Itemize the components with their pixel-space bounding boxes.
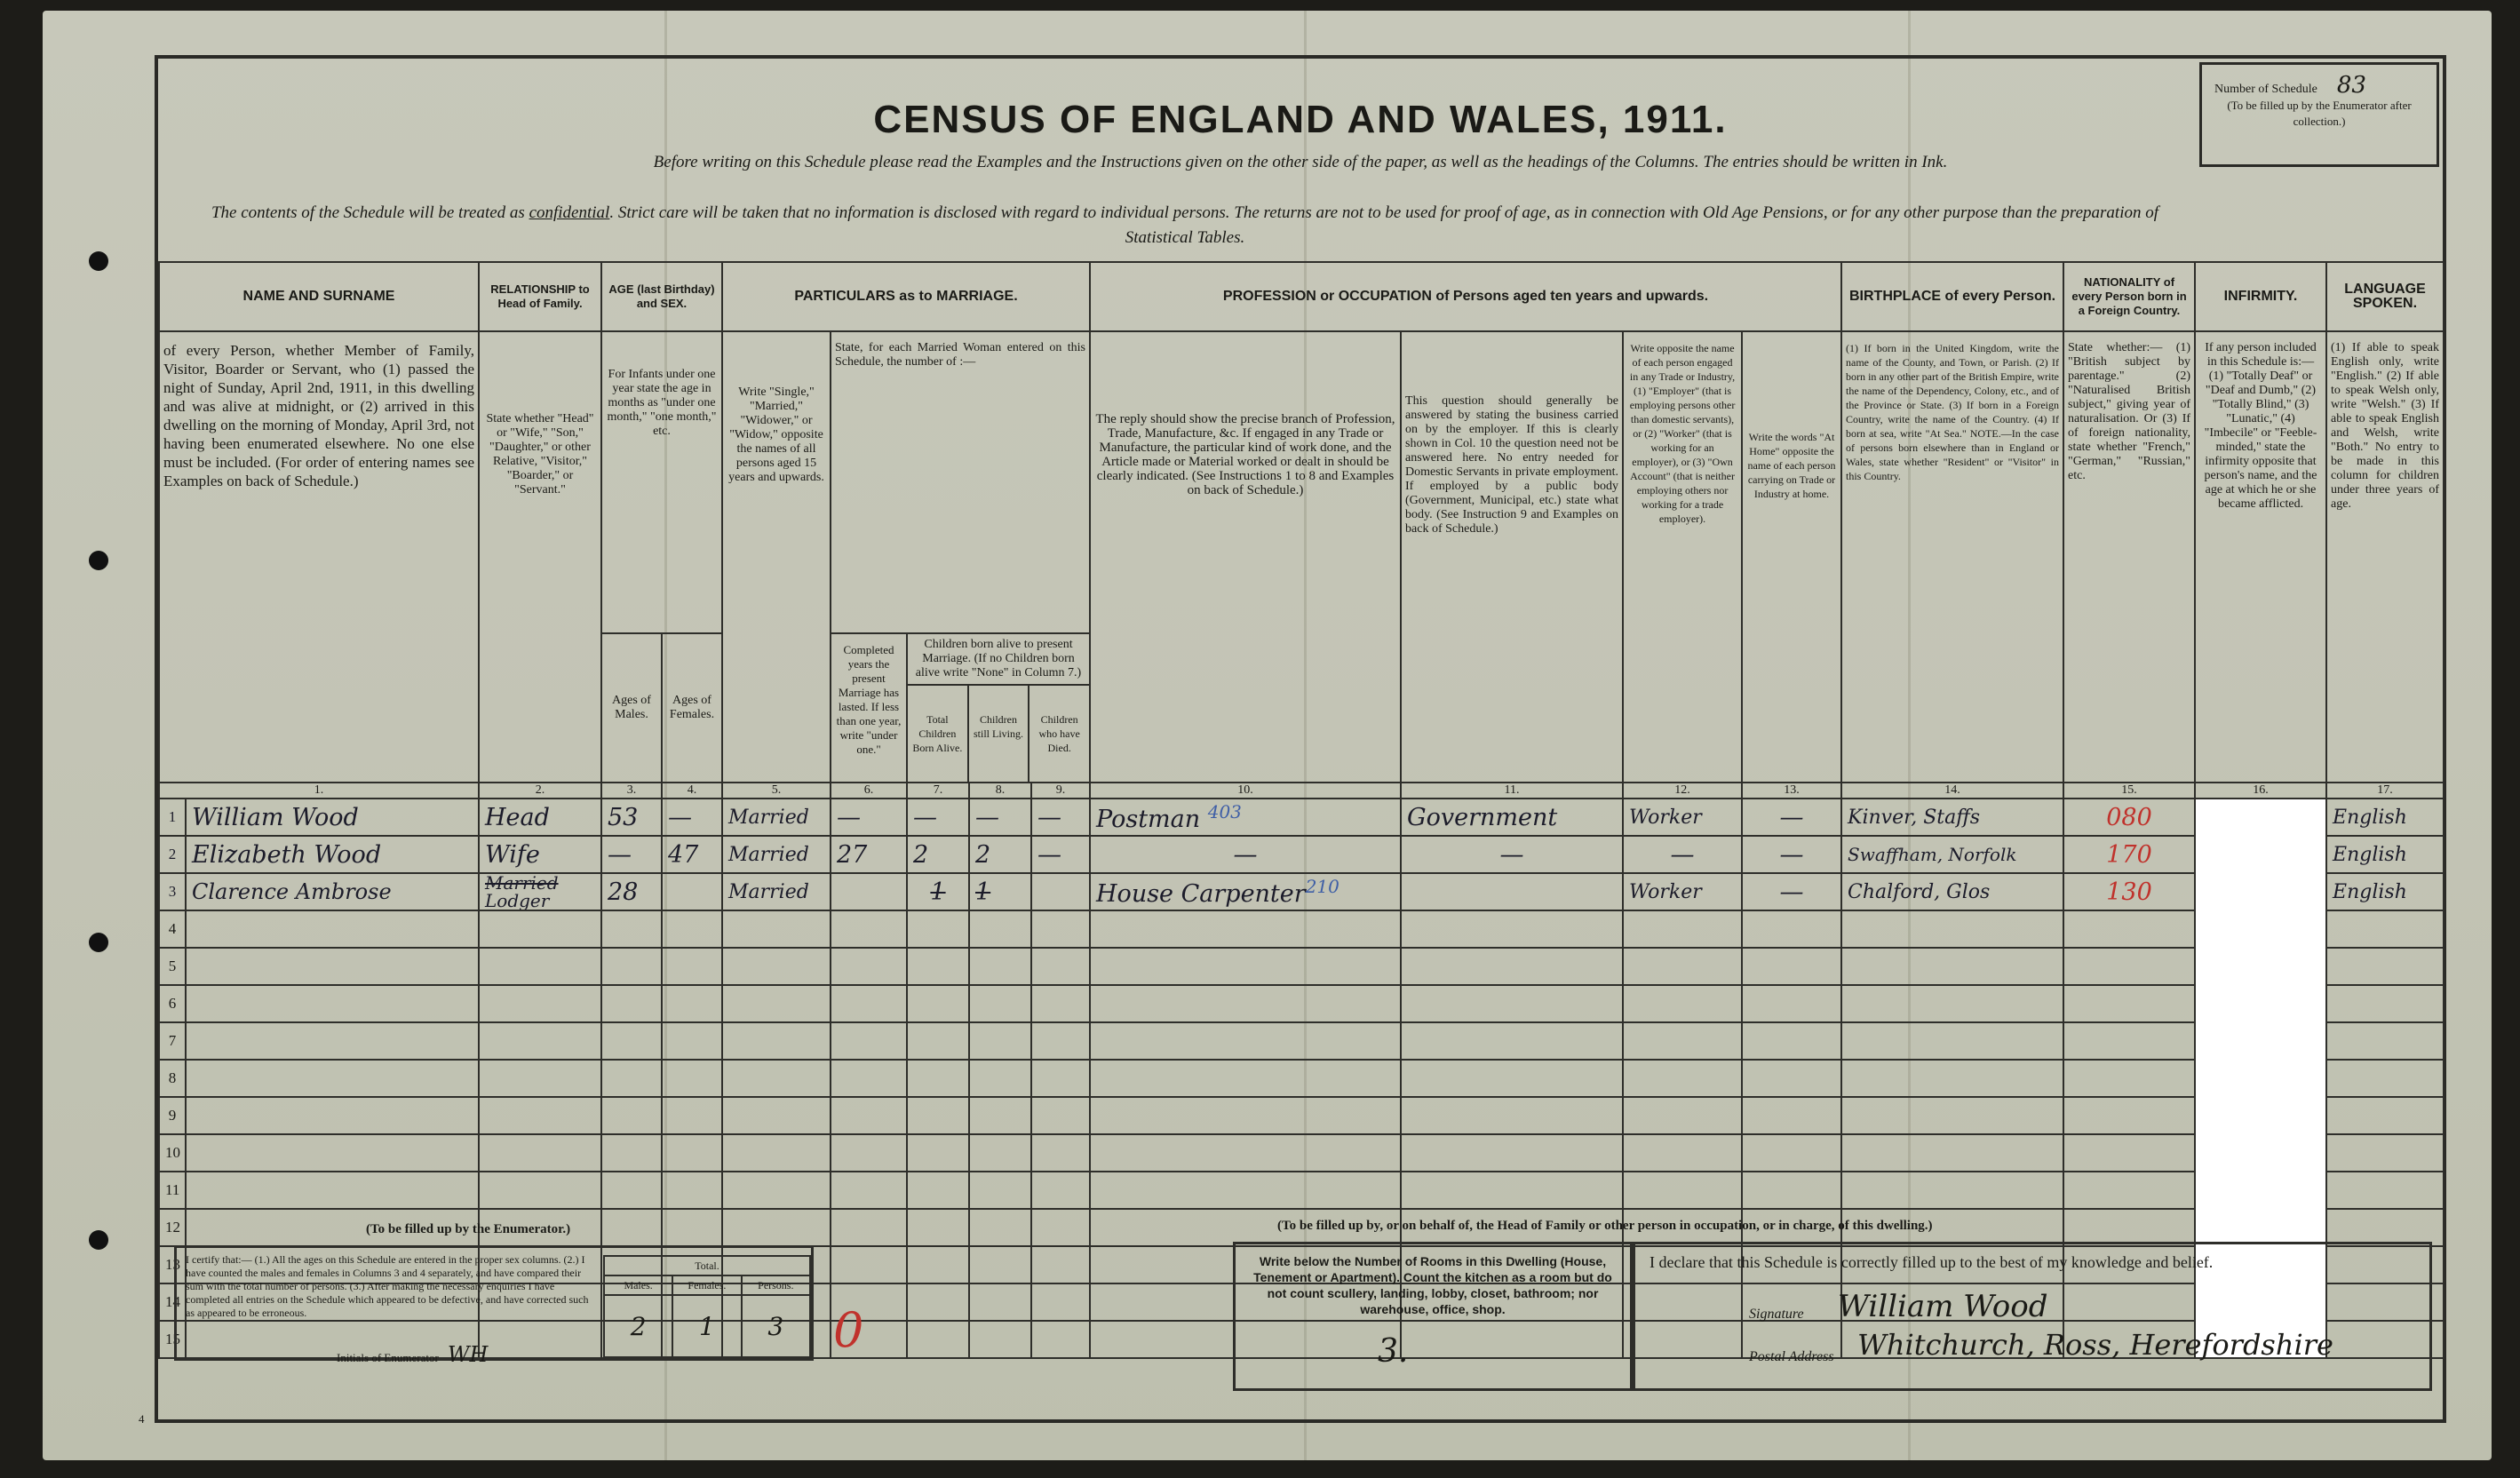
occupation: House Carpenter210 — [1090, 873, 1401, 910]
relationship: Head — [479, 799, 601, 836]
desc-age-females: Ages of Females. — [662, 633, 722, 783]
employment-status: Worker — [1623, 873, 1742, 910]
desc-marriage-years: Completed years the present Marriage has… — [831, 633, 907, 783]
relationship: MarriedLodger — [479, 873, 601, 910]
children-died — [1031, 873, 1090, 910]
marital-status: Married — [722, 799, 831, 836]
males-count: 2 — [604, 1295, 672, 1357]
desc-employer: Write opposite the name of each person e… — [1623, 331, 1742, 783]
industry: — — [1401, 836, 1623, 873]
row-number: 1 — [159, 799, 186, 836]
marital-status: Married — [722, 836, 831, 873]
males-label: Males. — [604, 1275, 672, 1295]
page-title: CENSUS OF ENGLAND AND WALES, 1911. — [158, 98, 2443, 142]
row-number: 3 — [159, 873, 186, 910]
person-name: Clarence Ambrose — [186, 873, 479, 910]
punch-hole — [89, 551, 108, 570]
children-born: 2 — [907, 836, 969, 873]
occupation-code: 403 — [1208, 801, 1242, 822]
column-number: 15. — [2063, 783, 2195, 799]
table-row: 2 Elizabeth Wood Wife — 47 Married 27 2 … — [159, 836, 2444, 873]
rooms-box: Write below the Number of Rooms in this … — [1233, 1242, 1633, 1391]
nationality-code: 130 — [2063, 873, 2195, 910]
table-row: 1 William Wood Head 53 — Married — — — —… — [159, 799, 2444, 836]
census-table: NAME AND SURNAME RELATIONSHIP to Head of… — [158, 261, 2444, 1359]
row-number: 8 — [159, 1060, 186, 1097]
group-infirmity: INFIRMITY. — [2195, 262, 2326, 331]
schedule-label: Number of Schedule — [2214, 83, 2317, 96]
total-label: Total. — [604, 1256, 810, 1275]
marriage-years: 27 — [831, 836, 907, 873]
schedule-note: (To be filled up by the Enumerator after… — [2214, 98, 2424, 130]
rooms-count: 3. — [1378, 1344, 1408, 1360]
row-number: 5 — [159, 948, 186, 985]
table-row: 6 — [159, 985, 2444, 1022]
row-number: 9 — [159, 1097, 186, 1134]
industry — [1401, 873, 1623, 910]
initials-label: Initials of Enumerator — [337, 1351, 439, 1364]
column-number: 14. — [1841, 783, 2063, 799]
table-row: 8 — [159, 1060, 2444, 1097]
group-profession: PROFESSION or OCCUPATION of Persons aged… — [1090, 262, 1841, 331]
occupation: Postman 403 — [1090, 799, 1401, 836]
column-number: 12. — [1623, 783, 1742, 799]
age-female: 47 — [662, 836, 722, 873]
group-relationship: RELATIONSHIP to Head of Family. — [479, 262, 601, 331]
desc-industry: This question should generally be answer… — [1401, 331, 1623, 783]
marriage-years — [831, 873, 907, 910]
desc-nationality: State whether:— (1) "British subject by … — [2063, 331, 2195, 783]
age-male: — — [601, 836, 662, 873]
persons-label: Persons. — [742, 1275, 810, 1295]
children-living: 2 — [969, 836, 1031, 873]
group-name: NAME AND SURNAME — [159, 262, 479, 331]
birthplace: Chalford, Glos — [1841, 873, 2063, 910]
initials-value: WH — [448, 1342, 489, 1367]
signature-value: William Wood — [1838, 1289, 2048, 1324]
declaration-box: I declare that this Schedule is correctl… — [1633, 1242, 2432, 1391]
address-label: Postal Address — [1749, 1349, 1834, 1365]
column-number: 6. — [831, 783, 907, 799]
industry: Government — [1401, 799, 1623, 836]
desc-children: Children born alive to present Marriage.… — [907, 633, 1090, 783]
desc-birthplace: (1) If born in the United Kingdom, write… — [1841, 331, 2063, 783]
person-name: William Wood — [186, 799, 479, 836]
children-born: — — [907, 799, 969, 836]
column-number: 9. — [1031, 783, 1090, 799]
desc-home: Write the words "At Home" opposite the n… — [1742, 331, 1841, 783]
occupation-text: — — [1234, 841, 1258, 869]
nationality-code: 170 — [2063, 836, 2195, 873]
age-female — [662, 873, 722, 910]
schedule-number-box: Number of Schedule83 (To be filled up by… — [2199, 62, 2439, 167]
table-row: 5 — [159, 948, 2444, 985]
row-number: 7 — [159, 1022, 186, 1060]
relationship: Wife — [479, 836, 601, 873]
language: English — [2326, 873, 2444, 910]
column-number: 8. — [969, 783, 1031, 799]
schedule-frame: CENSUS OF ENGLAND AND WALES, 1911. Befor… — [155, 55, 2446, 1423]
row-number: 2 — [159, 836, 186, 873]
enumerator-initials: Initials of EnumeratorWH — [337, 1342, 488, 1367]
working-at-home: — — [1742, 873, 1841, 910]
signature-label: Signature — [1749, 1307, 1804, 1323]
punch-hole — [89, 251, 108, 271]
age-male: 28 — [601, 873, 662, 910]
group-birthplace: BIRTHPLACE of every Person. — [1841, 262, 2063, 331]
column-number: 5. — [722, 783, 831, 799]
employment-status: — — [1623, 836, 1742, 873]
desc-children-living: Children still Living. — [969, 686, 1030, 782]
nationality-code: 080 — [2063, 799, 2195, 836]
group-language: LANGUAGE SPOKEN. — [2326, 262, 2444, 331]
desc-occupation: The reply should show the precise branch… — [1090, 331, 1401, 783]
desc-language: (1) If able to speak English only, write… — [2326, 331, 2444, 783]
column-number: 1. — [159, 783, 479, 799]
sheet-number: 4 — [139, 1412, 145, 1426]
occupation: — — [1090, 836, 1401, 873]
birthplace: Swaffham, Norfolk — [1841, 836, 2063, 873]
occupation-text: Postman — [1096, 806, 1200, 833]
group-nationality: NATIONALITY of every Person born in a Fo… — [2063, 262, 2195, 331]
row-number: 6 — [159, 985, 186, 1022]
table-row: 9 — [159, 1097, 2444, 1134]
household-note: (To be filled up by, or on behalf of, th… — [1277, 1219, 1933, 1234]
row-number: 12 — [159, 1209, 186, 1246]
table-row: 10 — [159, 1134, 2444, 1172]
column-number: 16. — [2195, 783, 2326, 799]
children-born: 1 — [907, 873, 969, 910]
schedule-number: 83 — [2337, 72, 2366, 99]
group-marriage: PARTICULARS as to MARRIAGE. — [722, 262, 1090, 331]
row-number: 11 — [159, 1172, 186, 1209]
occupation-code: 210 — [1306, 876, 1339, 897]
enumerator-title: (To be filled up by the Enumerator.) — [366, 1222, 570, 1237]
column-number: 10. — [1090, 783, 1401, 799]
marital-status: Married — [722, 873, 831, 910]
instructions-line: Before writing on this Schedule please r… — [158, 153, 2443, 172]
column-number: 2. — [479, 783, 601, 799]
enumerator-certification: I certify that:— (1.) All the ages on th… — [186, 1253, 594, 1320]
occupation-text: House Carpenter — [1096, 880, 1306, 908]
totals-table: Total. Males. Females. Persons. 2 1 3 — [603, 1255, 811, 1358]
row-number: 4 — [159, 910, 186, 948]
birthplace: Kinver, Staffs — [1841, 799, 2063, 836]
desc-children-heading: Children born alive to present Marriage.… — [908, 634, 1089, 686]
females-label: Females. — [672, 1275, 741, 1295]
confidential-notice: The contents of the Schedule will be tre… — [194, 201, 2176, 250]
rooms-instruction: Write below the Number of Rooms in this … — [1246, 1253, 1619, 1317]
children-died: — — [1031, 799, 1090, 836]
table-row: 11 — [159, 1172, 2444, 1209]
punch-hole — [89, 933, 108, 952]
column-number: 11. — [1401, 783, 1623, 799]
enumerator-box: I certify that:— (1.) All the ages on th… — [174, 1245, 814, 1361]
table-row: 4 — [159, 910, 2444, 948]
language: English — [2326, 799, 2444, 836]
column-number: 3. — [601, 783, 662, 799]
children-living: 1 — [969, 873, 1031, 910]
desc-infirmity: If any person included in this Schedule … — [2195, 331, 2326, 783]
declaration-text: I declare that this Schedule is correctl… — [1650, 1253, 2213, 1272]
children-died: — — [1031, 836, 1090, 873]
desc-marital: Write "Single," "Married," "Widower," or… — [722, 331, 831, 783]
working-at-home: — — [1742, 799, 1841, 836]
person-name: Elizabeth Wood — [186, 836, 479, 873]
desc-children-born: Total Children Born Alive. — [908, 686, 969, 782]
group-age: AGE (last Birthday) and SEX. — [601, 262, 722, 331]
desc-relationship: State whether "Head" or "Wife," "Son," "… — [479, 331, 601, 783]
working-at-home: — — [1742, 836, 1841, 873]
desc-age-males: Ages of Males. — [601, 633, 662, 783]
punch-hole — [89, 1230, 108, 1250]
persons-count: 3 — [742, 1295, 810, 1357]
column-number: 17. — [2326, 783, 2444, 799]
desc-married-woman: State, for each Married Woman entered on… — [831, 331, 1090, 633]
column-number: 7. — [907, 783, 969, 799]
desc-age: For Infants under one year state the age… — [601, 331, 722, 633]
address-value: Whitchurch, Ross, Herefordshire — [1857, 1328, 2333, 1362]
employment-status: Worker — [1623, 799, 1742, 836]
column-number: 4. — [662, 783, 722, 799]
language: English — [2326, 836, 2444, 873]
red-annotation: 0 — [833, 1302, 863, 1358]
table-row: 3 Clarence Ambrose MarriedLodger 28 Marr… — [159, 873, 2444, 910]
relationship-correction: Lodger — [485, 890, 549, 910]
age-male: 53 — [601, 799, 662, 836]
column-number: 13. — [1742, 783, 1841, 799]
row-number: 10 — [159, 1134, 186, 1172]
desc-name: of every Person, whether Member of Famil… — [159, 331, 479, 783]
children-living: — — [969, 799, 1031, 836]
age-female: — — [662, 799, 722, 836]
table-row: 7 — [159, 1022, 2444, 1060]
desc-children-died: Children who have Died. — [1029, 686, 1089, 782]
marriage-years: — — [831, 799, 907, 836]
females-count: 1 — [672, 1295, 741, 1357]
